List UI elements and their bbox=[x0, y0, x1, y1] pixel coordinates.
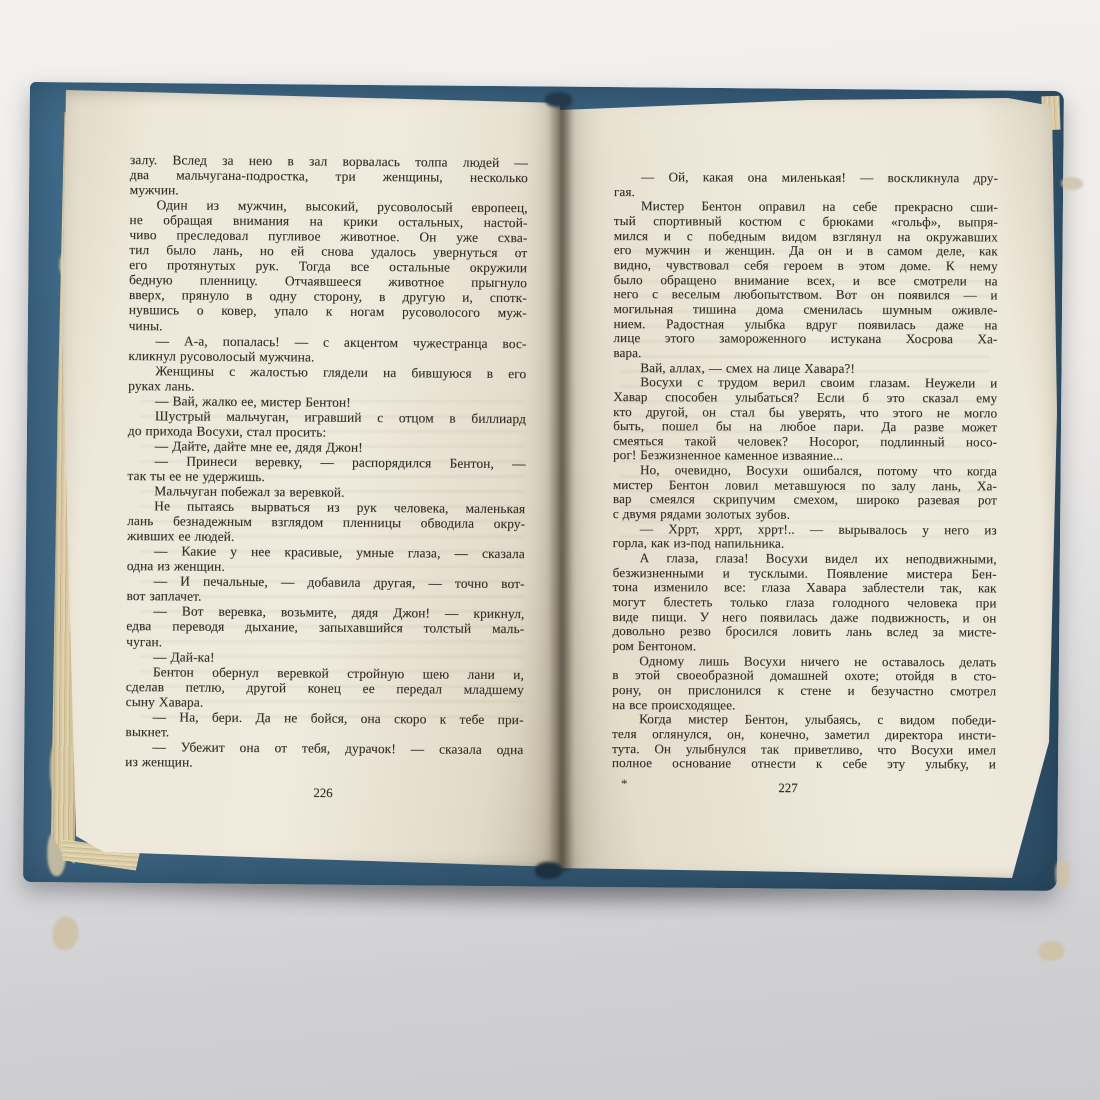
worn-patch bbox=[1061, 177, 1083, 190]
right-page-text: — Ой, какая она миленькая! — воскликнула… bbox=[612, 170, 998, 772]
spine-bottom-notch bbox=[535, 862, 562, 879]
right-page-number: 227 bbox=[612, 781, 964, 796]
spine-top-notch bbox=[545, 92, 572, 107]
text-line: — Ой, какая она миленькая! — воскликнула… bbox=[614, 170, 998, 186]
worn-patch bbox=[1055, 859, 1070, 889]
left-page-number: 226 bbox=[130, 785, 516, 803]
text-line: нувшись о ковер, упало к ногам русоволос… bbox=[129, 302, 527, 320]
text-line: — На, бери. Да не бойся, она скоро к теб… bbox=[126, 709, 524, 727]
worn-patch bbox=[1038, 940, 1066, 962]
text-line: лице этого замороженного истукана Хосров… bbox=[613, 331, 997, 347]
book-gutter-shadow bbox=[548, 100, 574, 872]
text-line: два мальчугана-подростка, три женщины, н… bbox=[130, 167, 528, 185]
worn-patch bbox=[50, 915, 81, 952]
text-line: полное основание отнести к себе эту улыб… bbox=[612, 756, 996, 772]
text-line: едва переводя дыхание, запыхавшийся толс… bbox=[126, 618, 524, 636]
photo-background: залу. Вслед за нею в зал ворвалась толпа… bbox=[0, 0, 1100, 1100]
left-page-text: залу. Вслед за нею в зал ворвалась толпа… bbox=[125, 152, 528, 772]
